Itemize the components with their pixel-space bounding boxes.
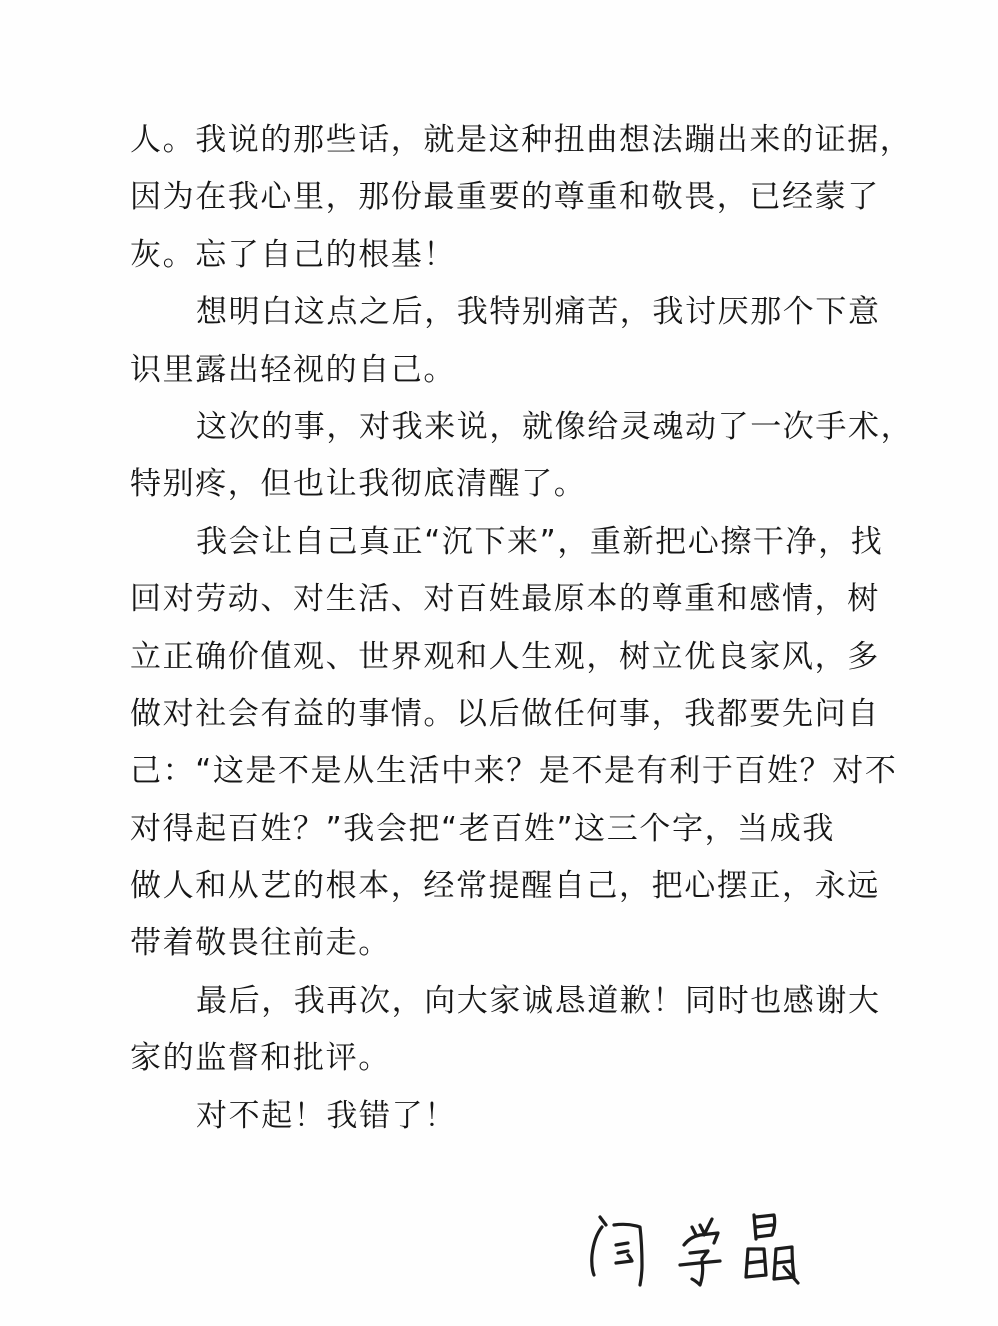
- letter-line: 我会让自己真正“沉下来”，重新把心擦干净，找: [130, 514, 900, 571]
- letter-line: 因为在我心里，那份最重要的尊重和敬畏，已经蒙了: [130, 169, 900, 226]
- letter-line: 灰。忘了自己的根基！: [130, 227, 900, 284]
- letter-line: 家的监督和批评。: [130, 1030, 900, 1087]
- letter-line: 人。我说的那些话，就是这种扭曲想法蹦出来的证据，: [130, 112, 900, 169]
- letter-line: 最后，我再次，向大家诚恳道歉！同时也感谢大: [130, 973, 900, 1030]
- letter-line: 对不起！我错了！: [130, 1088, 900, 1145]
- letter-line: 立正确价值观、世界观和人生观，树立优良家风，多: [130, 629, 900, 686]
- letter-line: 己：“这是不是从生活中来？是不是有利于百姓？对不: [130, 743, 900, 800]
- letter-line: 带着敬畏往前走。: [130, 915, 900, 972]
- letter-line: 回对劳动、对生活、对百姓最原本的尊重和感情，树: [130, 571, 900, 628]
- letter-line: 识里露出轻视的自己。: [130, 342, 900, 399]
- letter-line: 这次的事，对我来说，就像给灵魂动了一次手术，: [130, 399, 900, 456]
- letter-line: 做对社会有益的事情。以后做任何事，我都要先问自: [130, 686, 900, 743]
- letter-line: 对得起百姓？”我会把“老百姓”这三个字，当成我: [130, 801, 900, 858]
- letter-line: 特别疼，但也让我彻底清醒了。: [130, 456, 900, 513]
- signature-ink-icon: [580, 1205, 810, 1290]
- letter-body: 人。我说的那些话，就是这种扭曲想法蹦出来的证据， 因为在我心里，那份最重要的尊重…: [130, 112, 900, 1145]
- letter-page: 人。我说的那些话，就是这种扭曲想法蹦出来的证据， 因为在我心里，那份最重要的尊重…: [0, 0, 998, 1326]
- letter-line: 想明白这点之后，我特别痛苦，我讨厌那个下意: [130, 284, 900, 341]
- letter-line: 做人和从艺的根本，经常提醒自己，把心摆正，永远: [130, 858, 900, 915]
- handwritten-signature: 闫学晶: [580, 1205, 810, 1290]
